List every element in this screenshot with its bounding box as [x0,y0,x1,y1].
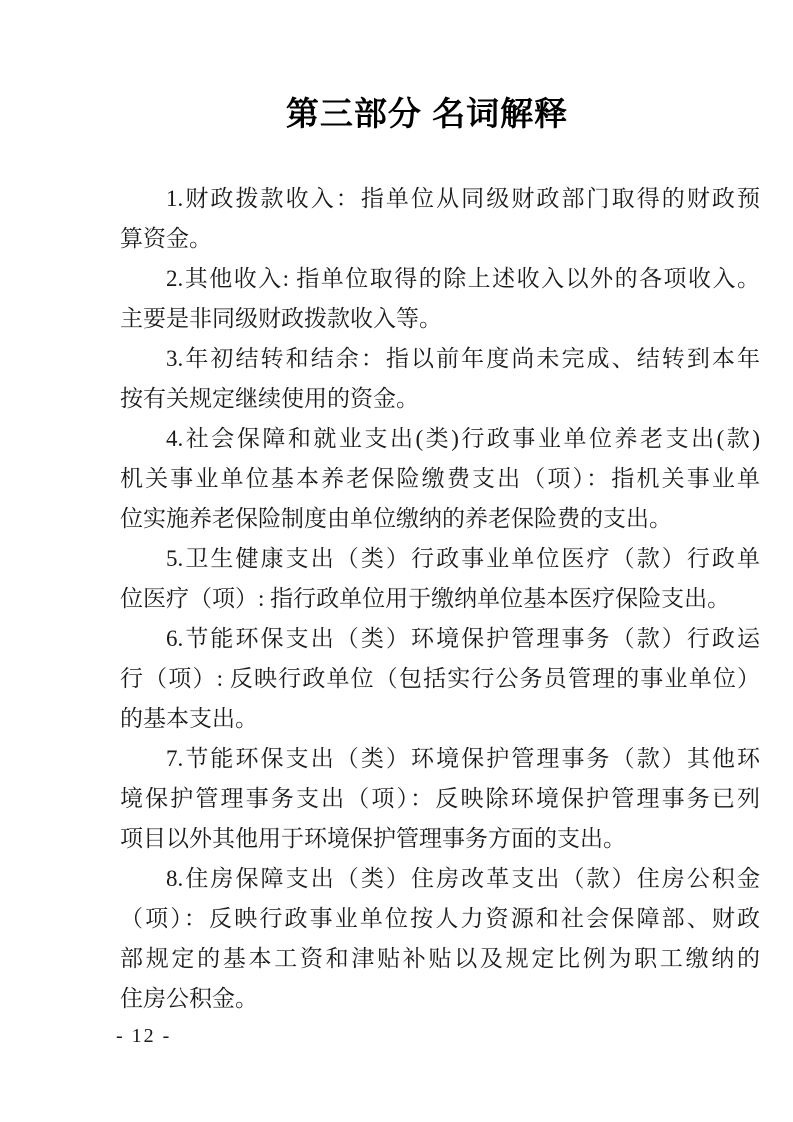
body-line: 3.年初结转和结余：指以前年度尚未完成、结转到本年 [120,339,760,379]
body-line: 主要是非同级财政拨款收入等。 [120,299,760,339]
body-line: 5.卫生健康支出（类）行政事业单位医疗（款）行政单 [120,539,760,579]
body-line: 按有关规定继续使用的资金。 [120,379,760,419]
paragraph: 1.财政拨款收入：指单位从同级财政部门取得的财政预算资金。 [120,179,760,259]
body-line: 1.财政拨款收入：指单位从同级财政部门取得的财政预 [120,179,760,219]
paragraph: 8.住房保障支出（类）住房改革支出（款）住房公积金（项）：反映行政事业单位按人力… [120,859,760,1019]
paragraph: 6.节能环保支出（类）环境保护管理事务（款）行政运行（项）: 反映行政单位（包括… [120,619,760,739]
body-line: 住房公积金。 [120,979,760,1019]
page-number: - 12 - [116,1024,171,1048]
body-line: 行（项）: 反映行政单位（包括实行公务员管理的事业单位） [120,659,760,699]
body-line: 机关事业单位基本养老保险缴费支出（项）：指机关事业单 [120,459,760,499]
document-page: 第三部分 名词解释 1.财政拨款收入：指单位从同级财政部门取得的财政预算资金。2… [0,0,793,1122]
body-line: 2.其他收入: 指单位取得的除上述收入以外的各项收入。 [120,259,760,299]
body-line: 境保护管理事务支出（项）：反映除环境保护管理事务已列 [120,779,760,819]
body-line: 算资金。 [120,219,760,259]
body-line: 项目以外其他用于环境保护管理事务方面的支出。 [120,819,760,859]
body-line: （项）：反映行政事业单位按人力资源和社会保障部、财政 [120,899,760,939]
body-line: 部规定的基本工资和津贴补贴以及规定比例为职工缴纳的 [120,939,760,979]
paragraph: 5.卫生健康支出（类）行政事业单位医疗（款）行政单位医疗（项）: 指行政单位用于… [120,539,760,619]
body-line: 的基本支出。 [120,699,760,739]
paragraph: 7.节能环保支出（类）环境保护管理事务（款）其他环境保护管理事务支出（项）：反映… [120,739,760,859]
body-line: 8.住房保障支出（类）住房改革支出（款）住房公积金 [120,859,760,899]
page-title: 第三部分 名词解释 [107,94,747,134]
paragraph: 3.年初结转和结余：指以前年度尚未完成、结转到本年按有关规定继续使用的资金。 [120,339,760,419]
paragraph: 2.其他收入: 指单位取得的除上述收入以外的各项收入。主要是非同级财政拨款收入等… [120,259,760,339]
body-line: 7.节能环保支出（类）环境保护管理事务（款）其他环 [120,739,760,779]
body-line: 6.节能环保支出（类）环境保护管理事务（款）行政运 [120,619,760,659]
body-line: 位医疗（项）: 指行政单位用于缴纳单位基本医疗保险支出。 [120,579,760,619]
paragraph: 4.社会保障和就业支出(类)行政事业单位养老支出(款)机关事业单位基本养老保险缴… [120,419,760,539]
body-line: 4.社会保障和就业支出(类)行政事业单位养老支出(款) [120,419,760,459]
document-body: 1.财政拨款收入：指单位从同级财政部门取得的财政预算资金。2.其他收入: 指单位… [120,179,760,1019]
body-line: 位实施养老保险制度由单位缴纳的养老保险费的支出。 [120,499,760,539]
